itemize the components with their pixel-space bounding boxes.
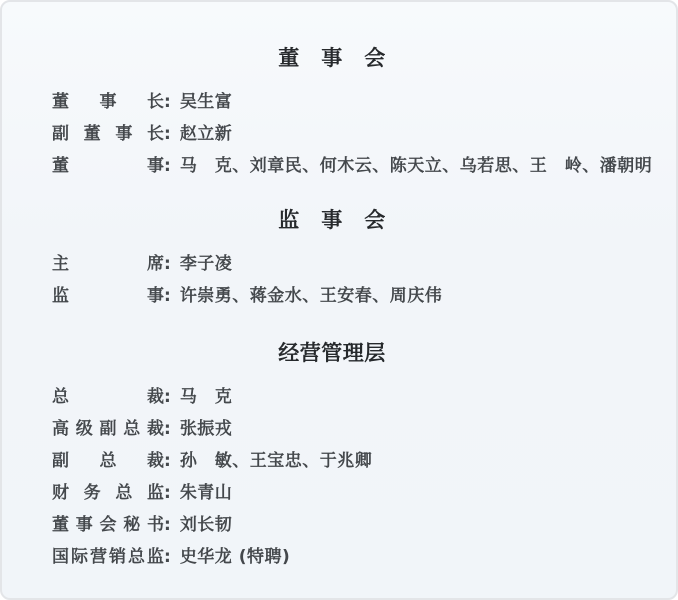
position-row: 总裁:马 克: [52, 381, 612, 413]
position-title: 董事会秘书: [52, 509, 164, 541]
person-names: 孙 敏、王宝忠、于兆卿: [180, 451, 373, 471]
colon-separator: :: [164, 413, 171, 445]
org-section: 监 事 会主席:李子凌监事:许崇勇、蒋金水、王安春、周庆伟: [52, 206, 612, 312]
position-title: 高级副总裁: [52, 413, 164, 445]
section-heading: 董 事 会: [52, 44, 612, 72]
person-names: 马 克、刘章民、何木云、陈天立、乌若思、王 岭、潘朝明: [180, 156, 653, 176]
colon-separator: :: [164, 541, 171, 573]
position-title: 董事: [52, 150, 164, 182]
colon-separator: :: [164, 280, 171, 312]
position-title: 主席: [52, 248, 164, 280]
person-names: 吴生富: [180, 92, 233, 112]
org-section: 董 事 会董事长:吴生富副董事长:赵立新董事:马 克、刘章民、何木云、陈天立、乌…: [52, 44, 612, 182]
person-names: 李子凌: [180, 254, 233, 274]
colon-separator: :: [164, 477, 171, 509]
position-title: 副总裁: [52, 445, 164, 477]
position-title: 国际营销总监: [52, 541, 164, 573]
colon-separator: :: [164, 248, 171, 280]
position-title: 财务总监: [52, 477, 164, 509]
position-title: 副董事长: [52, 118, 164, 150]
colon-separator: :: [164, 509, 171, 541]
colon-separator: :: [164, 381, 171, 413]
position-title: 监事: [52, 280, 164, 312]
colon-separator: :: [164, 150, 171, 182]
org-section: 经营管理层总裁:马 克高级副总裁:张振戎副总裁:孙 敏、王宝忠、于兆卿财务总监:…: [52, 339, 612, 573]
position-row: 董事会秘书:刘长韧: [52, 509, 612, 541]
section-heading: 经营管理层: [52, 339, 612, 367]
colon-separator: :: [164, 445, 171, 477]
org-roster: 董 事 会董事长:吴生富副董事长:赵立新董事:马 克、刘章民、何木云、陈天立、乌…: [52, 44, 612, 573]
document-page: 董 事 会董事长:吴生富副董事长:赵立新董事:马 克、刘章民、何木云、陈天立、乌…: [0, 0, 678, 600]
position-row: 董事长:吴生富: [52, 86, 612, 118]
colon-separator: :: [164, 118, 171, 150]
position-row: 副董事长:赵立新: [52, 118, 612, 150]
position-row: 高级副总裁:张振戎: [52, 413, 612, 445]
person-names: 朱青山: [180, 483, 233, 503]
position-row: 董事:马 克、刘章民、何木云、陈天立、乌若思、王 岭、潘朝明: [52, 150, 612, 182]
person-names: 许崇勇、蒋金水、王安春、周庆伟: [180, 286, 443, 306]
person-names: 赵立新: [180, 124, 233, 144]
person-names: 张振戎: [180, 419, 233, 439]
person-names: 马 克: [180, 387, 233, 407]
position-row: 副总裁:孙 敏、王宝忠、于兆卿: [52, 445, 612, 477]
position-row: 主席:李子凌: [52, 248, 612, 280]
colon-separator: :: [164, 86, 171, 118]
person-names: 史华龙 (特聘): [180, 547, 290, 567]
section-heading: 监 事 会: [52, 206, 612, 234]
person-names: 刘长韧: [180, 515, 233, 535]
position-title: 董事长: [52, 86, 164, 118]
position-row: 国际营销总监:史华龙 (特聘): [52, 541, 612, 573]
position-title: 总裁: [52, 381, 164, 413]
position-row: 监事:许崇勇、蒋金水、王安春、周庆伟: [52, 280, 612, 312]
position-row: 财务总监:朱青山: [52, 477, 612, 509]
